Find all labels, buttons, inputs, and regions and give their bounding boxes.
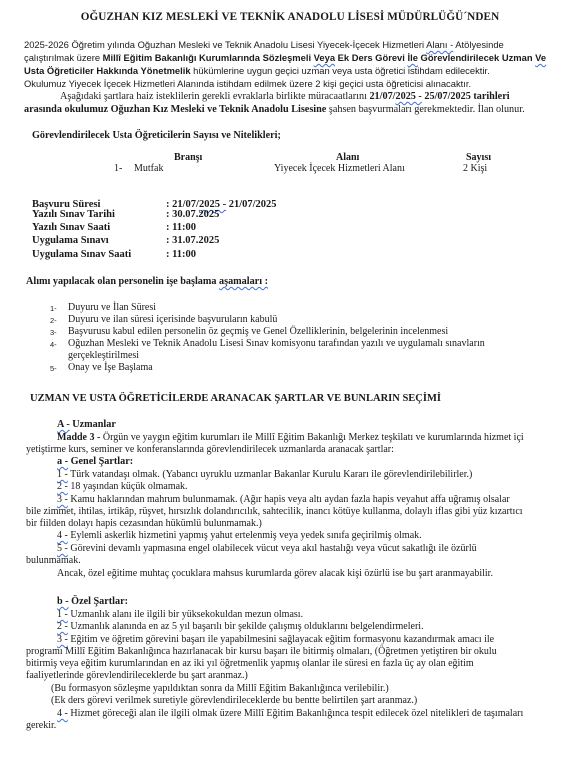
stages-heading: Alımı yapılacak olan personelin işe başl…: [26, 276, 268, 287]
list-item: 1 - Uzmanlık alanı ile ilgili bir yüksek…: [57, 609, 303, 620]
list-item-continuation: bile zimmet, ihtilas, irtikâp, rüşvet, h…: [26, 506, 523, 517]
row-count: 2 Kişi: [463, 163, 487, 174]
schedule-value: : 31.07.2025: [166, 235, 219, 246]
madde-3-line-1: Madde 3 - Örgün ve yaygın eğitim kurumla…: [57, 432, 524, 443]
list-item-continuation: bir fiilden dolayı hapis cezasından hükü…: [26, 518, 262, 529]
intro-line-3: Usta Öğreticiler Hakkında Yönetmelik hük…: [24, 64, 490, 77]
stage-number: 1-: [50, 304, 57, 313]
general-conditions-heading: a - Genel Şartlar:: [57, 456, 133, 467]
list-item: Onay ve İşe Başlama: [68, 362, 153, 373]
document-page: OĞUZHAN KIZ MESLEKİ VE TEKNİK ANADOLU Lİ…: [0, 0, 580, 768]
list-item: 3 - Eğitim ve öğretim görevini başarı il…: [57, 634, 494, 645]
list-item: Oğuzhan Mesleki ve Teknik Anadolu Lisesi…: [68, 338, 485, 349]
schedule-value: : 11:00: [166, 222, 196, 233]
row-number: 1-: [114, 163, 122, 174]
special-note: (Ek ders görevi verilmek suretiyle görev…: [51, 695, 417, 706]
list-item: 4 - Hizmet göreceği alan ile ilgili olma…: [57, 708, 523, 719]
stage-number: 5-: [50, 364, 57, 373]
list-item-continuation: bulunmamak.: [26, 555, 81, 566]
intro-line-2: çalıştırılmak üzere Millî Eğitim Bakanlı…: [24, 51, 546, 64]
schedule-label: Yazılı Sınav Tarihi: [32, 209, 115, 220]
special-conditions-heading: b - Özel Şartlar:: [57, 596, 128, 607]
intro-line-6: arasında okulumuz Oğuzhan Kız Mesleki ve…: [24, 103, 525, 116]
document-title: OĞUZHAN KIZ MESLEKİ VE TEKNİK ANADOLU Lİ…: [0, 11, 580, 23]
schedule-value: : 30.07.2025: [166, 209, 219, 220]
section-a-heading: A - Uzmanlar: [57, 419, 116, 430]
column-header-field: Alanı: [336, 152, 359, 163]
positions-heading: Görevlendirilecek Usta Öğreticilerin Say…: [32, 130, 281, 141]
stage-number: 4-: [50, 340, 57, 349]
list-item: 2 - 18 yaşından küçük olmamak.: [57, 481, 188, 492]
special-note: (Bu formasyon sözleşme yapıldıktan sonra…: [51, 683, 389, 694]
schedule-label: Uygulama Sınav Saati: [32, 249, 131, 260]
row-branch: Mutfak: [134, 163, 163, 174]
row-field: Yiyecek İçecek Hizmetleri Alanı: [274, 163, 405, 174]
stage-number: 2-: [50, 316, 57, 325]
schedule-value: : 11:00: [166, 249, 196, 260]
column-header-count: Sayısı: [466, 152, 491, 163]
column-header-branch: Branşı: [174, 152, 202, 163]
list-item-continuation: bitirmiş veya eğitim kurumlarından en az…: [26, 658, 474, 669]
list-item: 5 - Görevini devamlı yapmasına engel ola…: [57, 543, 477, 554]
list-item: 4 - Eylemli askerlik hizmetini yapmış ya…: [57, 530, 422, 541]
conditions-heading: UZMAN VE USTA ÖĞRETİCİLERDE ARANACAK ŞAR…: [30, 393, 441, 404]
list-item: Duyuru ve İlan Süresi: [68, 302, 156, 313]
intro-line-4: Okulumuz Yiyecek İçecek Hizmetleri Alanı…: [24, 77, 471, 90]
list-item-continuation: gerekir.: [26, 720, 56, 731]
list-item: 3 - Kamu haklarından mahrum bulunmamak. …: [57, 494, 510, 505]
schedule-label: Yazılı Sınav Saati: [32, 222, 110, 233]
stage-number: 3-: [50, 328, 57, 337]
list-item: 2 - Uzmanlık alanında en az 5 yıl başarı…: [57, 621, 424, 632]
schedule-label: Uygulama Sınavı: [32, 235, 109, 246]
general-note: Ancak, özel eğitime muhtaç çocuklara mah…: [57, 568, 493, 579]
list-item-continuation: faaliyetlerinde görevlendirileceklerde b…: [26, 670, 248, 681]
list-item-continuation: gerçekleştirilmesi: [68, 350, 139, 361]
list-item: Başvurusu kabul edilen personelin öz geç…: [68, 326, 448, 337]
madde-3-line-2: yetiştirme kurs, seminer ve konferanslar…: [26, 444, 394, 455]
intro-line-1: 2025-2026 Öğretim yılında Oğuzhan Meslek…: [24, 38, 504, 51]
intro-line-5: Aşağıdaki şartlara haiz isteklilerin ger…: [60, 90, 510, 103]
list-item: 1 - Türk vatandaşı olmak. (Yabancı uyruk…: [57, 469, 472, 480]
list-item: Duyuru ve ilan süresi içerisinde başvuru…: [68, 314, 277, 325]
list-item-continuation: programı Millî Eğitim Bakanlığınca hazır…: [26, 646, 497, 657]
